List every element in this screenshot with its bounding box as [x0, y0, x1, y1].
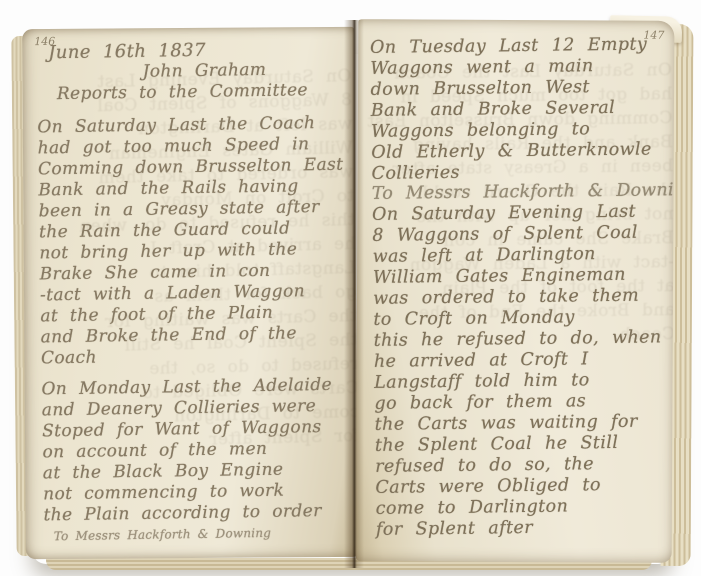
manuscript-line: for Splent after	[376, 516, 675, 541]
manuscript-line: the Plain according to order	[43, 500, 357, 526]
left-paragraph-2: On Monday Last the Adelaideand Deanery C…	[41, 374, 357, 526]
right-paragraph-1: On Tuesday Last 12 EmptyWaggons went a m…	[370, 34, 672, 185]
left-page: 146 On Saturday Evening Last8 Waggons of…	[22, 27, 358, 559]
manuscript-line: On Tuesday Last 12 Empty	[370, 34, 670, 59]
left-paragraph-1: On Saturday Last the Coachhad got too mu…	[37, 113, 355, 370]
footnote-line: To Messrs Hackforth & Downing	[54, 523, 358, 545]
right-page: 147 On Saturday Last the Coachhad got to…	[356, 19, 675, 563]
manuscript-line: Old Etherly & Butterknowle	[371, 139, 671, 164]
left-page-handwriting: June 16th 1837 John Graham Reports to th…	[36, 38, 358, 546]
manuscript-line: Coach	[41, 343, 355, 369]
report-title-line: Reports to the Committee	[57, 80, 351, 106]
manuscript-line: this he refused to do, when	[374, 327, 674, 352]
manuscript-line: was ordered to take them	[373, 285, 673, 310]
right-paragraph-2: On Saturday Evening Last8 Waggons of Spl…	[372, 201, 674, 541]
open-book: 146 On Saturday Evening Last8 Waggons of…	[10, 14, 692, 570]
book-spine-gutter	[344, 20, 364, 568]
manuscript-line: 8 Waggons of Splent Coal	[372, 222, 672, 247]
addressee-line: To Messrs Hackforth & Downing —	[372, 182, 672, 203]
right-page-handwriting: On Tuesday Last 12 EmptyWaggons went a m…	[370, 34, 674, 541]
manuscript-photo: 146 On Saturday Evening Last8 Waggons of…	[0, 0, 701, 576]
manuscript-line: the Carts was waiting for	[375, 411, 675, 436]
